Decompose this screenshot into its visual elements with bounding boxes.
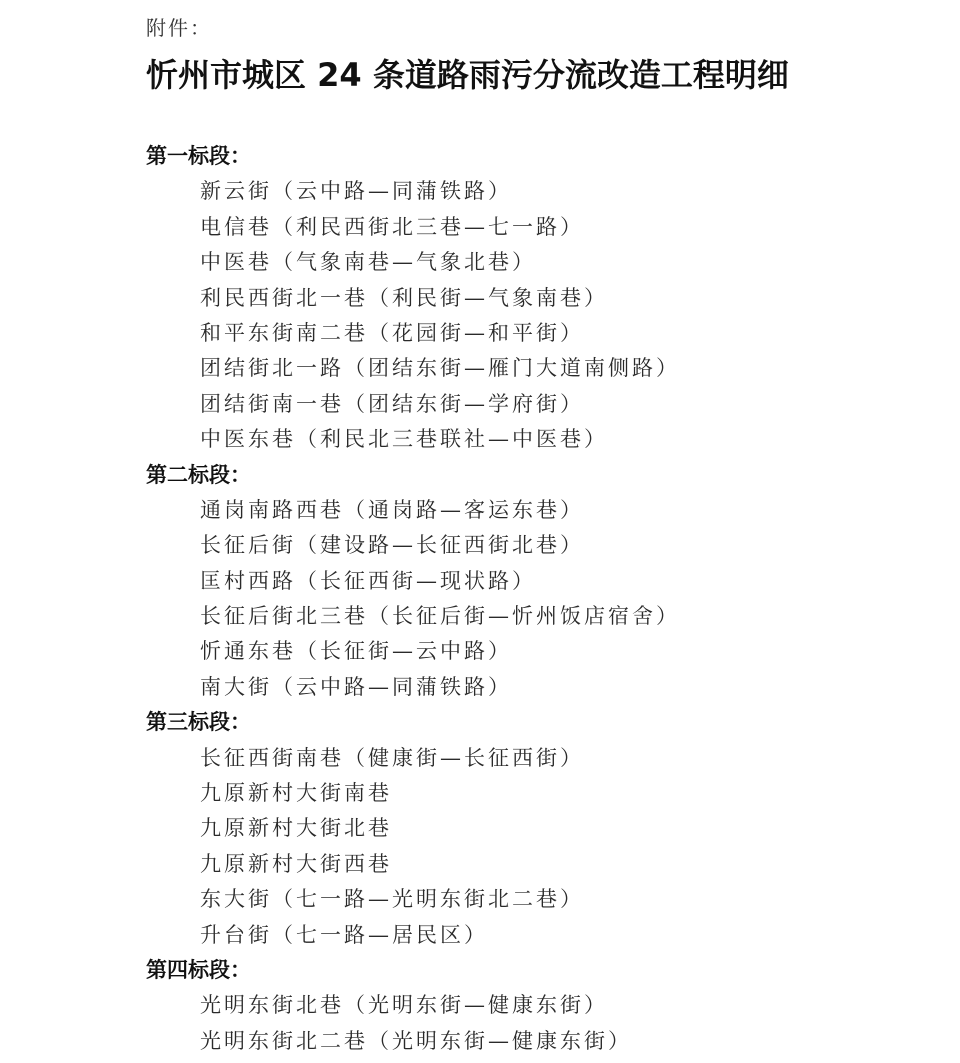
road-item: 九原新村大街西巷 (146, 847, 680, 882)
document-page: 附件： 忻州市城区 24 条道路雨污分流改造工程明细 第一标段： 新云街（云中路… (0, 0, 960, 1063)
road-item: 新云街（云中路—同蒲铁路） (146, 174, 680, 209)
road-item: 长征西街南巷（健康街—长征西街） (146, 741, 680, 776)
section-list: 第一标段： 新云街（云中路—同蒲铁路） 电信巷（利民西街北三巷—七一路） 中医巷… (146, 139, 680, 1059)
road-item: 中医东巷（利民北三巷联社—中医巷） (146, 422, 680, 457)
road-item: 匡村西路（长征西街—现状路） (146, 564, 680, 599)
section-heading: 第一标段： (146, 139, 680, 174)
road-item: 利民西街北一巷（利民街—气象南巷） (146, 281, 680, 316)
road-item: 九原新村大街南巷 (146, 776, 680, 811)
road-item: 东大街（七一路—光明东街北二巷） (146, 882, 680, 917)
section-heading: 第三标段： (146, 705, 680, 740)
road-item: 中医巷（气象南巷—气象北巷） (146, 245, 680, 280)
document-title: 忻州市城区 24 条道路雨污分流改造工程明细 (146, 54, 789, 96)
road-item: 南大街（云中路—同蒲铁路） (146, 670, 680, 705)
road-item: 长征后街北三巷（长征后街—忻州饭店宿舍） (146, 599, 680, 634)
road-item: 和平东街南二巷（花园街—和平街） (146, 316, 680, 351)
road-item: 九原新村大街北巷 (146, 811, 680, 846)
road-item: 升台街（七一路—居民区） (146, 918, 680, 953)
road-item: 团结街南一巷（团结东街—学府街） (146, 387, 680, 422)
road-item: 光明东街北二巷（光明东街—健康东街） (146, 1024, 680, 1059)
section-4: 第四标段： 光明东街北巷（光明东街—健康东街） 光明东街北二巷（光明东街—健康东… (146, 953, 680, 1059)
attachment-label: 附件： (146, 14, 212, 42)
section-2: 第二标段： 通岗南路西巷（通岗路—客运东巷） 长征后街（建设路—长征西街北巷） … (146, 458, 680, 706)
section-1: 第一标段： 新云街（云中路—同蒲铁路） 电信巷（利民西街北三巷—七一路） 中医巷… (146, 139, 680, 458)
road-item: 光明东街北巷（光明东街—健康东街） (146, 988, 680, 1023)
road-item: 电信巷（利民西街北三巷—七一路） (146, 210, 680, 245)
section-heading: 第二标段： (146, 458, 680, 493)
road-item: 忻通东巷（长征街—云中路） (146, 634, 680, 669)
section-heading: 第四标段： (146, 953, 680, 988)
road-item: 团结街北一路（团结东街—雁门大道南侧路） (146, 351, 680, 386)
road-item: 长征后街（建设路—长征西街北巷） (146, 528, 680, 563)
section-3: 第三标段： 长征西街南巷（健康街—长征西街） 九原新村大街南巷 九原新村大街北巷… (146, 705, 680, 953)
road-item: 通岗南路西巷（通岗路—客运东巷） (146, 493, 680, 528)
